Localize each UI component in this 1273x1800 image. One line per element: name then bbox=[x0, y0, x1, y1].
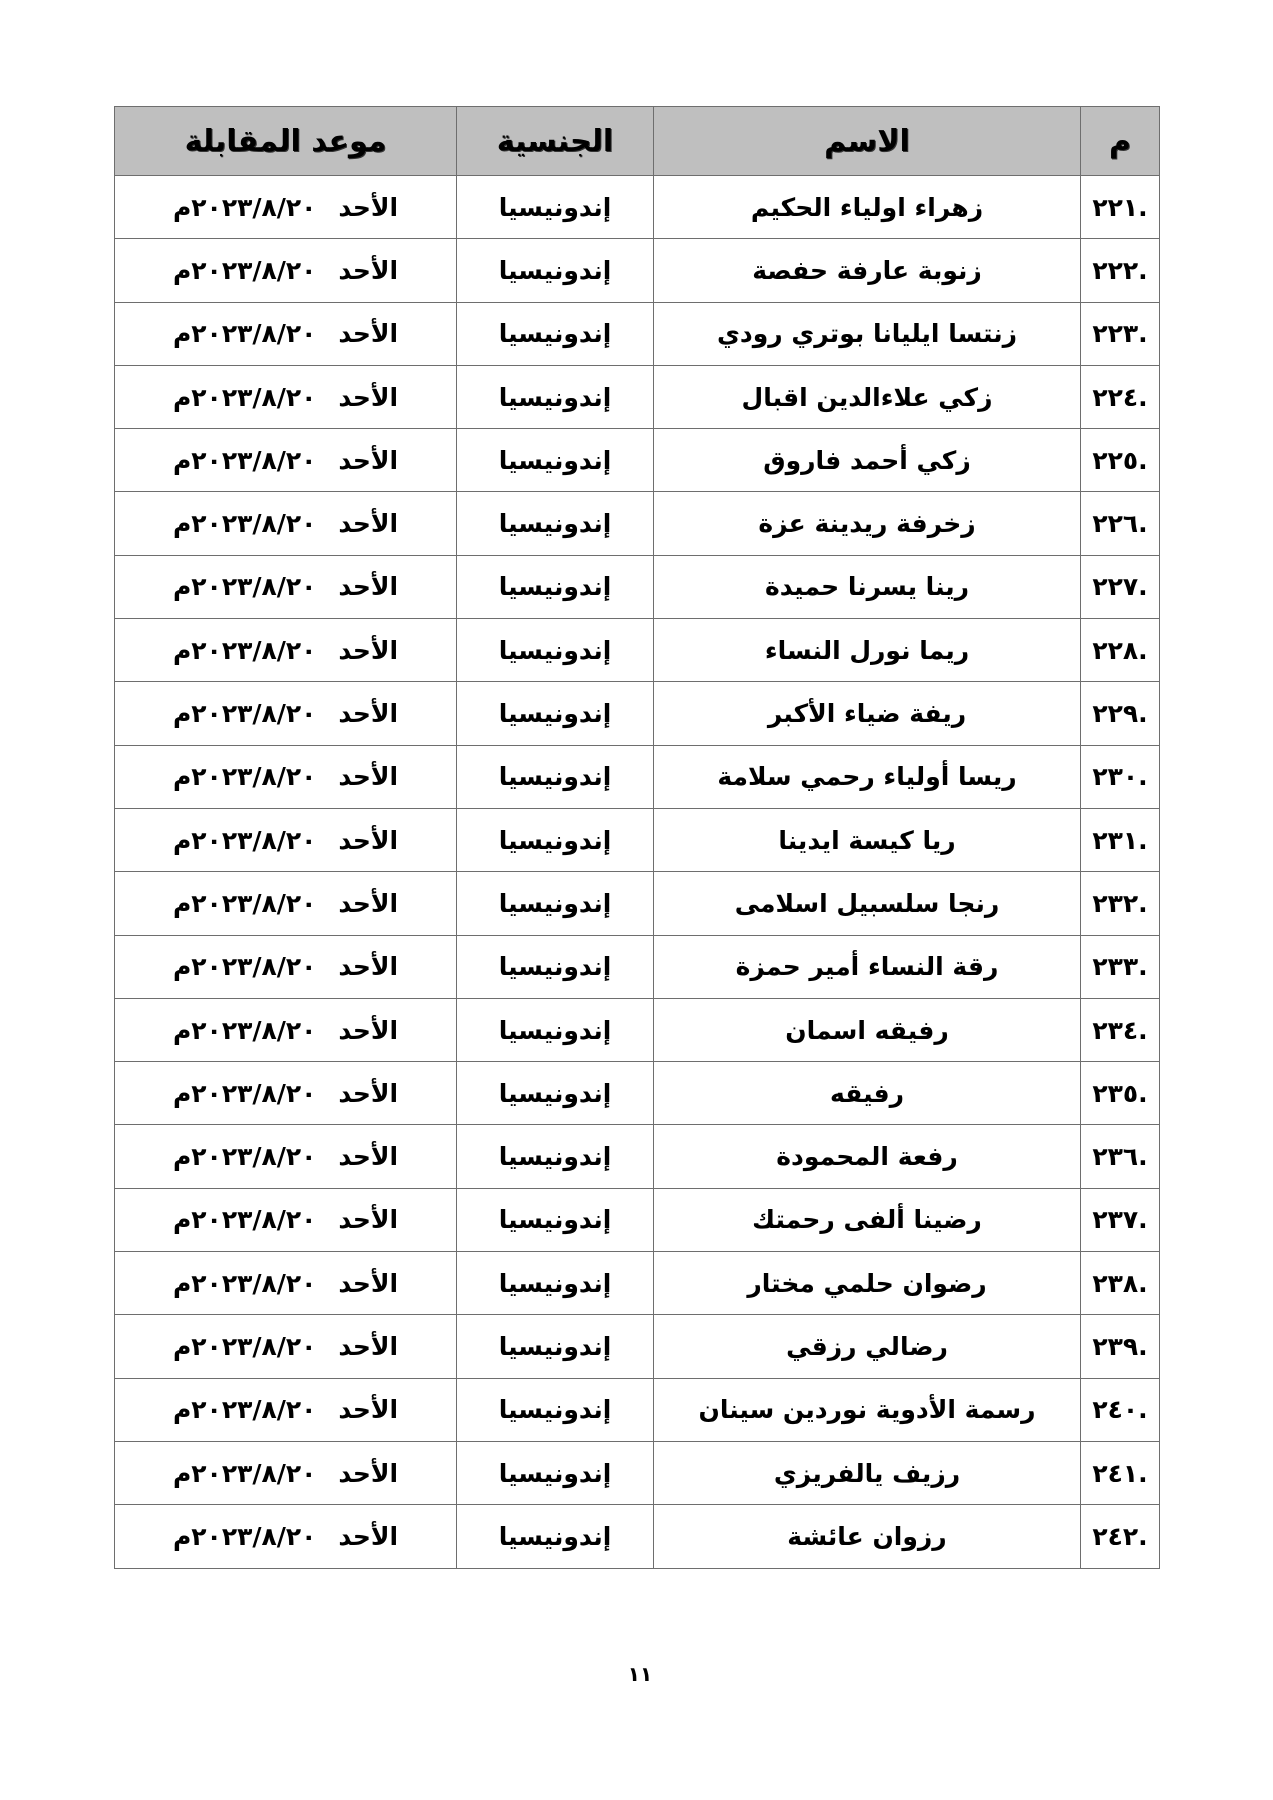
row-date: ٢٠٢٣/٨/٢٠م bbox=[173, 1332, 316, 1361]
row-nationality: إندونيسيا bbox=[457, 1188, 654, 1251]
row-date: ٢٠٢٣/٨/٢٠م bbox=[173, 1205, 316, 1234]
row-nationality: إندونيسيا bbox=[457, 1378, 654, 1441]
row-date: ٢٠٢٣/٨/٢٠م bbox=[173, 762, 316, 791]
row-day: الأحد bbox=[338, 1459, 398, 1488]
row-day: الأحد bbox=[338, 509, 398, 538]
row-nationality: إندونيسيا bbox=[457, 998, 654, 1061]
row-nationality: إندونيسيا bbox=[457, 808, 654, 871]
row-number: .٢٣٦ bbox=[1081, 1125, 1160, 1188]
header-name: الاسم bbox=[654, 107, 1081, 176]
table-row: .٢٣٨رضوان حلمي مختارإندونيسياالأحد٢٠٢٣/٨… bbox=[115, 1252, 1160, 1315]
table-row: .٢٤١رزيف يالفريزيإندونيسياالأحد٢٠٢٣/٨/٢٠… bbox=[115, 1441, 1160, 1504]
row-name: رقة النساء أمير حمزة bbox=[654, 935, 1081, 998]
row-nationality: إندونيسيا bbox=[457, 682, 654, 745]
header-number: م bbox=[1081, 107, 1160, 176]
row-number: .٢٣٧ bbox=[1081, 1188, 1160, 1251]
row-number: .٢٢٣ bbox=[1081, 302, 1160, 365]
row-date: ٢٠٢٣/٨/٢٠م bbox=[173, 446, 316, 475]
row-interview-date: الأحد٢٠٢٣/٨/٢٠م bbox=[115, 1441, 457, 1504]
table-row: .٢٣٢رنجا سلسبيل اسلامىإندونيسياالأحد٢٠٢٣… bbox=[115, 872, 1160, 935]
row-day: الأحد bbox=[338, 1395, 398, 1424]
row-interview-date: الأحد٢٠٢٣/٨/٢٠م bbox=[115, 1188, 457, 1251]
row-date: ٢٠٢٣/٨/٢٠م bbox=[173, 1016, 316, 1045]
row-nationality: إندونيسيا bbox=[457, 1315, 654, 1378]
row-day: الأحد bbox=[338, 1016, 398, 1045]
table-header-row: م الاسم الجنسية موعد المقابلة bbox=[115, 107, 1160, 176]
row-nationality: إندونيسيا bbox=[457, 1505, 654, 1568]
table-row: .٢٢٦زخرفة ريدينة عزةإندونيسياالأحد٢٠٢٣/٨… bbox=[115, 492, 1160, 555]
row-interview-date: الأحد٢٠٢٣/٨/٢٠م bbox=[115, 302, 457, 365]
row-name: زهراء اولياء الحكيم bbox=[654, 176, 1081, 239]
row-interview-date: الأحد٢٠٢٣/٨/٢٠م bbox=[115, 1252, 457, 1315]
row-nationality: إندونيسيا bbox=[457, 619, 654, 682]
row-date: ٢٠٢٣/٨/٢٠م bbox=[173, 1269, 316, 1298]
row-number: .٢٢٦ bbox=[1081, 492, 1160, 555]
row-nationality: إندونيسيا bbox=[457, 1441, 654, 1504]
row-number: .٢٢٥ bbox=[1081, 429, 1160, 492]
row-name: رفعة المحمودة bbox=[654, 1125, 1081, 1188]
row-interview-date: الأحد٢٠٢٣/٨/٢٠م bbox=[115, 935, 457, 998]
row-date: ٢٠٢٣/٨/٢٠م bbox=[173, 889, 316, 918]
row-interview-date: الأحد٢٠٢٣/٨/٢٠م bbox=[115, 745, 457, 808]
row-day: الأحد bbox=[338, 256, 398, 285]
row-nationality: إندونيسيا bbox=[457, 1125, 654, 1188]
table-row: .٢٣٣رقة النساء أمير حمزةإندونيسياالأحد٢٠… bbox=[115, 935, 1160, 998]
row-day: الأحد bbox=[338, 1142, 398, 1171]
row-date: ٢٠٢٣/٨/٢٠م bbox=[173, 1395, 316, 1424]
row-number: .٢٣٩ bbox=[1081, 1315, 1160, 1378]
row-day: الأحد bbox=[338, 1205, 398, 1234]
row-day: الأحد bbox=[338, 319, 398, 348]
row-name: زخرفة ريدينة عزة bbox=[654, 492, 1081, 555]
row-date: ٢٠٢٣/٨/٢٠م bbox=[173, 1459, 316, 1488]
row-interview-date: الأحد٢٠٢٣/٨/٢٠م bbox=[115, 1315, 457, 1378]
row-day: الأحد bbox=[338, 1522, 398, 1551]
row-interview-date: الأحد٢٠٢٣/٨/٢٠م bbox=[115, 176, 457, 239]
row-interview-date: الأحد٢٠٢٣/٨/٢٠م bbox=[115, 555, 457, 618]
row-interview-date: الأحد٢٠٢٣/٨/٢٠م bbox=[115, 1378, 457, 1441]
row-date: ٢٠٢٣/٨/٢٠م bbox=[173, 383, 316, 412]
table-row: .٢٢٣زنتسا ايليانا بوتري روديإندونيسياالأ… bbox=[115, 302, 1160, 365]
row-date: ٢٠٢٣/٨/٢٠م bbox=[173, 193, 316, 222]
row-nationality: إندونيسيا bbox=[457, 492, 654, 555]
row-day: الأحد bbox=[338, 383, 398, 412]
row-nationality: إندونيسيا bbox=[457, 935, 654, 998]
row-interview-date: الأحد٢٠٢٣/٨/٢٠م bbox=[115, 1125, 457, 1188]
row-day: الأحد bbox=[338, 826, 398, 855]
row-name: ريا كيسة ايدينا bbox=[654, 808, 1081, 871]
row-nationality: إندونيسيا bbox=[457, 872, 654, 935]
header-interview-date: موعد المقابلة bbox=[115, 107, 457, 176]
row-nationality: إندونيسيا bbox=[457, 239, 654, 302]
row-interview-date: الأحد٢٠٢٣/٨/٢٠م bbox=[115, 1505, 457, 1568]
row-number: .٢٢٩ bbox=[1081, 682, 1160, 745]
document-page: م الاسم الجنسية موعد المقابلة .٢٢١زهراء … bbox=[0, 0, 1273, 1800]
table-row: .٢٣٤رفيقه اسمانإندونيسياالأحد٢٠٢٣/٨/٢٠م bbox=[115, 998, 1160, 1061]
page-number: ١١ bbox=[610, 1662, 670, 1686]
table-row: .٢٢١زهراء اولياء الحكيمإندونيسياالأحد٢٠٢… bbox=[115, 176, 1160, 239]
row-day: الأحد bbox=[338, 762, 398, 791]
row-interview-date: الأحد٢٠٢٣/٨/٢٠م bbox=[115, 239, 457, 302]
table-row: .٢٤٠رسمة الأدوية نوردين سينانإندونيسياال… bbox=[115, 1378, 1160, 1441]
row-day: الأحد bbox=[338, 1332, 398, 1361]
row-nationality: إندونيسيا bbox=[457, 555, 654, 618]
row-number: .٢٢٧ bbox=[1081, 555, 1160, 618]
row-day: الأحد bbox=[338, 193, 398, 222]
row-name: زكي أحمد فاروق bbox=[654, 429, 1081, 492]
row-number: .٢٣٤ bbox=[1081, 998, 1160, 1061]
row-name: رفيقه bbox=[654, 1062, 1081, 1125]
row-day: الأحد bbox=[338, 889, 398, 918]
row-nationality: إندونيسيا bbox=[457, 365, 654, 428]
row-date: ٢٠٢٣/٨/٢٠م bbox=[173, 699, 316, 728]
row-number: .٢٣٥ bbox=[1081, 1062, 1160, 1125]
row-date: ٢٠٢٣/٨/٢٠م bbox=[173, 826, 316, 855]
row-nationality: إندونيسيا bbox=[457, 302, 654, 365]
row-number: .٢٢١ bbox=[1081, 176, 1160, 239]
table-row: .٢٢٥زكي أحمد فاروقإندونيسياالأحد٢٠٢٣/٨/٢… bbox=[115, 429, 1160, 492]
row-date: ٢٠٢٣/٨/٢٠م bbox=[173, 1142, 316, 1171]
interview-schedule-table: م الاسم الجنسية موعد المقابلة .٢٢١زهراء … bbox=[114, 106, 1160, 1569]
row-interview-date: الأحد٢٠٢٣/٨/٢٠م bbox=[115, 682, 457, 745]
row-number: .٢٣٢ bbox=[1081, 872, 1160, 935]
row-number: .٢٣١ bbox=[1081, 808, 1160, 871]
row-name: زنتسا ايليانا بوتري رودي bbox=[654, 302, 1081, 365]
row-name: رضينا ألفى رحمتك bbox=[654, 1188, 1081, 1251]
row-number: .٢٣٨ bbox=[1081, 1252, 1160, 1315]
row-day: الأحد bbox=[338, 1269, 398, 1298]
row-day: الأحد bbox=[338, 446, 398, 475]
table-row: .٢٢٧رينا يسرنا حميدةإندونيسياالأحد٢٠٢٣/٨… bbox=[115, 555, 1160, 618]
row-date: ٢٠٢٣/٨/٢٠م bbox=[173, 256, 316, 285]
row-day: الأحد bbox=[338, 636, 398, 665]
row-interview-date: الأحد٢٠٢٣/٨/٢٠م bbox=[115, 492, 457, 555]
table-body: .٢٢١زهراء اولياء الحكيمإندونيسياالأحد٢٠٢… bbox=[115, 176, 1160, 1569]
row-number: .٢٤٢ bbox=[1081, 1505, 1160, 1568]
row-nationality: إندونيسيا bbox=[457, 176, 654, 239]
row-date: ٢٠٢٣/٨/٢٠م bbox=[173, 509, 316, 538]
table-row: .٢٣٥رفيقهإندونيسياالأحد٢٠٢٣/٨/٢٠م bbox=[115, 1062, 1160, 1125]
table-row: .٢٢٩ريفة ضياء الأكبرإندونيسياالأحد٢٠٢٣/٨… bbox=[115, 682, 1160, 745]
table-row: .٢٣١ريا كيسة ايديناإندونيسياالأحد٢٠٢٣/٨/… bbox=[115, 808, 1160, 871]
table-row: .٢٣٧رضينا ألفى رحمتكإندونيسياالأحد٢٠٢٣/٨… bbox=[115, 1188, 1160, 1251]
row-name: ريما نورل النساء bbox=[654, 619, 1081, 682]
row-name: ريسا أولياء رحمي سلامة bbox=[654, 745, 1081, 808]
table-row: .٢٢٨ريما نورل النساءإندونيسياالأحد٢٠٢٣/٨… bbox=[115, 619, 1160, 682]
row-number: .٢٣٠ bbox=[1081, 745, 1160, 808]
row-nationality: إندونيسيا bbox=[457, 745, 654, 808]
row-date: ٢٠٢٣/٨/٢٠م bbox=[173, 572, 316, 601]
table-row: .٢٣٠ريسا أولياء رحمي سلامةإندونيسياالأحد… bbox=[115, 745, 1160, 808]
row-name: زنوبة عارفة حفصة bbox=[654, 239, 1081, 302]
row-name: رزيف يالفريزي bbox=[654, 1441, 1081, 1504]
row-date: ٢٠٢٣/٨/٢٠م bbox=[173, 319, 316, 348]
row-interview-date: الأحد٢٠٢٣/٨/٢٠م bbox=[115, 1062, 457, 1125]
header-nationality: الجنسية bbox=[457, 107, 654, 176]
row-nationality: إندونيسيا bbox=[457, 1252, 654, 1315]
row-name: رينا يسرنا حميدة bbox=[654, 555, 1081, 618]
table-row: .٢٢٤زكي علاءالدين اقبالإندونيسياالأحد٢٠٢… bbox=[115, 365, 1160, 428]
row-name: رضالي رزقي bbox=[654, 1315, 1081, 1378]
row-number: .٢٤٠ bbox=[1081, 1378, 1160, 1441]
row-interview-date: الأحد٢٠٢٣/٨/٢٠م bbox=[115, 872, 457, 935]
row-interview-date: الأحد٢٠٢٣/٨/٢٠م bbox=[115, 619, 457, 682]
row-name: ريفة ضياء الأكبر bbox=[654, 682, 1081, 745]
row-interview-date: الأحد٢٠٢٣/٨/٢٠م bbox=[115, 429, 457, 492]
row-nationality: إندونيسيا bbox=[457, 1062, 654, 1125]
row-number: .٢٢٢ bbox=[1081, 239, 1160, 302]
row-number: .٢٢٨ bbox=[1081, 619, 1160, 682]
row-name: رزوان عائشة bbox=[654, 1505, 1081, 1568]
row-number: .٢٢٤ bbox=[1081, 365, 1160, 428]
row-interview-date: الأحد٢٠٢٣/٨/٢٠م bbox=[115, 808, 457, 871]
row-name: رنجا سلسبيل اسلامى bbox=[654, 872, 1081, 935]
row-day: الأحد bbox=[338, 699, 398, 728]
row-interview-date: الأحد٢٠٢٣/٨/٢٠م bbox=[115, 998, 457, 1061]
row-interview-date: الأحد٢٠٢٣/٨/٢٠م bbox=[115, 365, 457, 428]
row-name: زكي علاءالدين اقبال bbox=[654, 365, 1081, 428]
row-number: .٢٣٣ bbox=[1081, 935, 1160, 998]
row-number: .٢٤١ bbox=[1081, 1441, 1160, 1504]
table-row: .٢٣٩رضالي رزقيإندونيسياالأحد٢٠٢٣/٨/٢٠م bbox=[115, 1315, 1160, 1378]
row-date: ٢٠٢٣/٨/٢٠م bbox=[173, 636, 316, 665]
row-day: الأحد bbox=[338, 952, 398, 981]
table-row: .٢٢٢زنوبة عارفة حفصةإندونيسياالأحد٢٠٢٣/٨… bbox=[115, 239, 1160, 302]
row-date: ٢٠٢٣/٨/٢٠م bbox=[173, 1522, 316, 1551]
row-day: الأحد bbox=[338, 572, 398, 601]
row-name: رسمة الأدوية نوردين سينان bbox=[654, 1378, 1081, 1441]
row-day: الأحد bbox=[338, 1079, 398, 1108]
row-date: ٢٠٢٣/٨/٢٠م bbox=[173, 1079, 316, 1108]
row-name: رضوان حلمي مختار bbox=[654, 1252, 1081, 1315]
row-nationality: إندونيسيا bbox=[457, 429, 654, 492]
table-row: .٢٤٢رزوان عائشةإندونيسياالأحد٢٠٢٣/٨/٢٠م bbox=[115, 1505, 1160, 1568]
table-row: .٢٣٦رفعة المحمودةإندونيسياالأحد٢٠٢٣/٨/٢٠… bbox=[115, 1125, 1160, 1188]
row-date: ٢٠٢٣/٨/٢٠م bbox=[173, 952, 316, 981]
row-name: رفيقه اسمان bbox=[654, 998, 1081, 1061]
